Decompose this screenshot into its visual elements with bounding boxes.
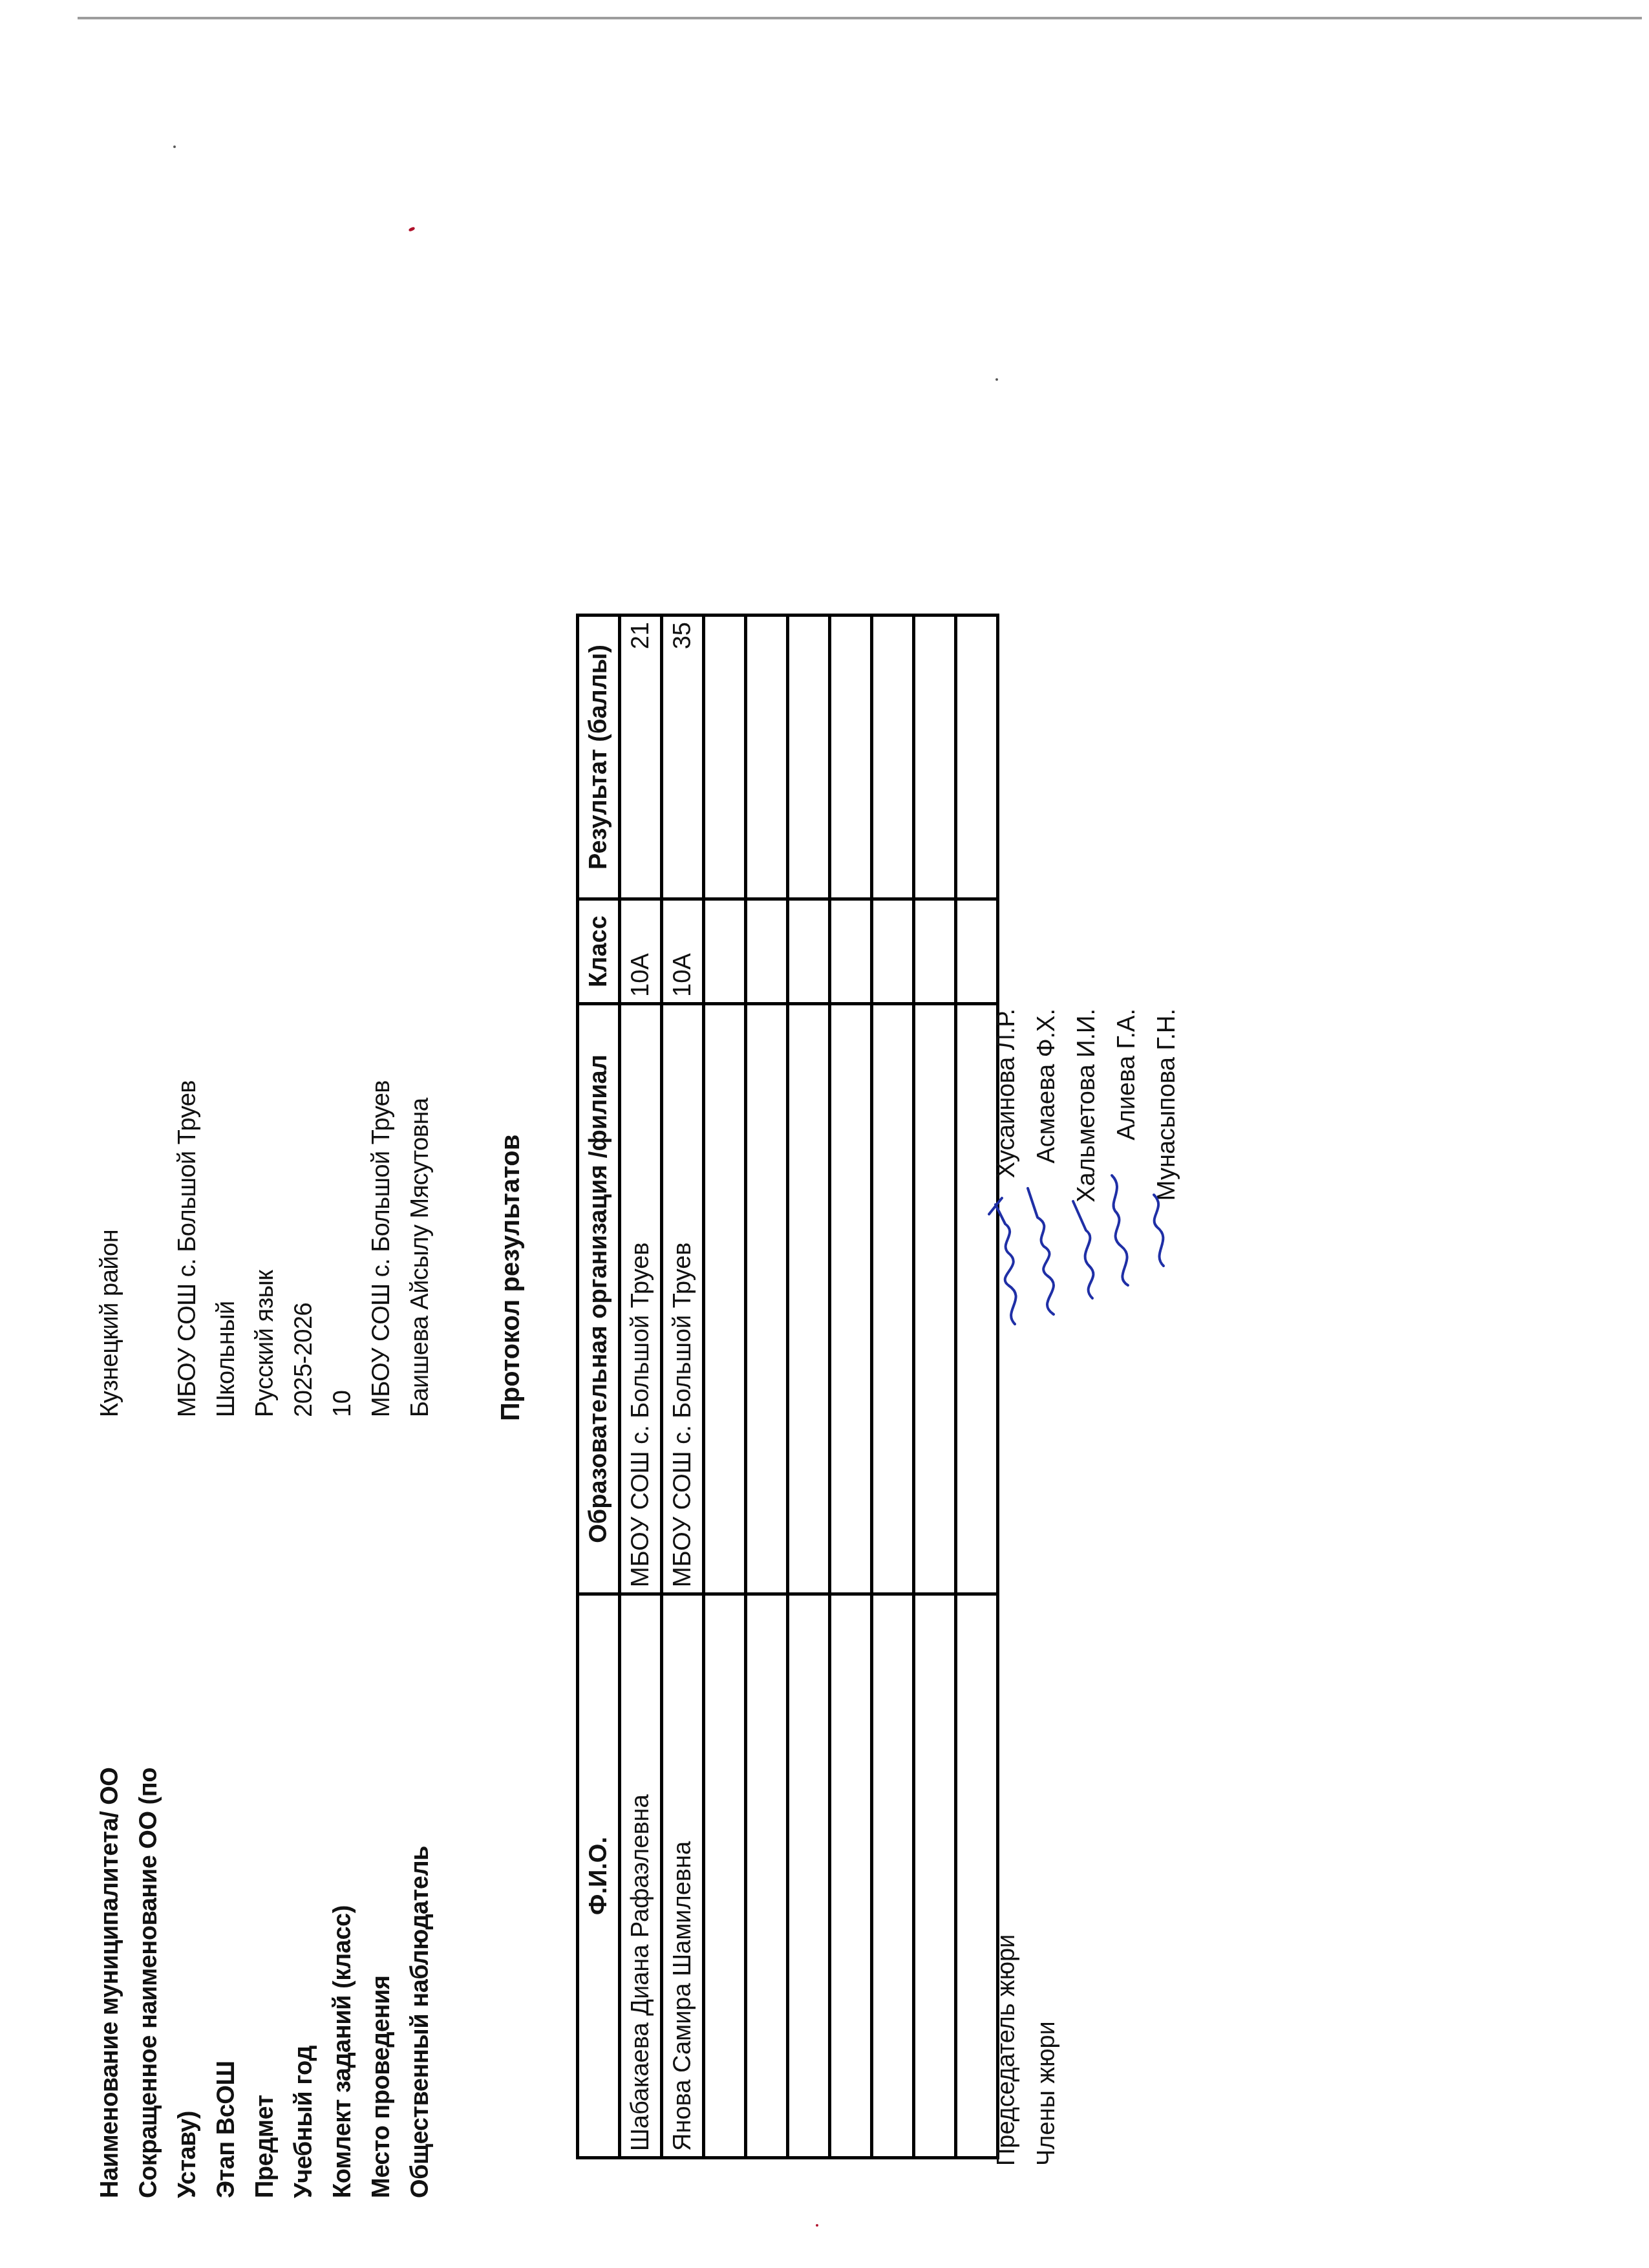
- header-field-value: Русский язык: [252, 1270, 278, 1418]
- cell-name: [746, 1594, 788, 2158]
- cell-score: [788, 615, 830, 899]
- table-header-row: Ф.И.О. Образовательная организация /фили…: [578, 615, 620, 2158]
- cell-org: [872, 1004, 914, 1594]
- cell-org: [830, 1004, 872, 1594]
- cell-class: [914, 899, 956, 1004]
- cell-name: Янова Самира Шамилевна: [662, 1594, 704, 2158]
- cell-org: [788, 1004, 830, 1594]
- cell-name: [830, 1594, 872, 2158]
- document-page: Наименование муниципалитета/ ООКузнецкий…: [0, 0, 1649, 2268]
- cell-name: Шабакаева Диана Рафаэлевна: [620, 1594, 662, 2158]
- table-row: Янова Самира ШамилевнаМБОУ СОШ с. Большо…: [662, 615, 704, 2158]
- header-field-value: 2025-2026: [291, 1303, 317, 1417]
- signature-scribbles: [963, 1143, 1196, 1337]
- cell-name: [704, 1594, 746, 2158]
- cell-org: [704, 1004, 746, 1594]
- header-field-label: Сокращенное наименование ОО (по: [136, 1768, 162, 2198]
- header-field-value: Баишева Айсылу Мясутовна: [407, 1098, 433, 1417]
- cell-org: МБОУ СОШ с. Большой Труев: [662, 1004, 704, 1594]
- column-header-score: Результат (баллы): [578, 615, 620, 899]
- cell-class: [746, 899, 788, 1004]
- header-field-value: Школьный: [213, 1301, 239, 1417]
- cell-score: [704, 615, 746, 899]
- members-label: Члены жюри: [1033, 2021, 1061, 2166]
- table-row: Шабакаева Диана РафаэлевнаМБОУ СОШ с. Бо…: [620, 615, 662, 2158]
- cell-class: 10А: [662, 899, 704, 1004]
- cell-name: [788, 1594, 830, 2158]
- header-field-label: Этап ВсОШ: [213, 2061, 239, 2198]
- table-row: [872, 615, 914, 2158]
- cell-score: 21: [620, 615, 662, 899]
- cell-score: [956, 615, 998, 899]
- header-field-value: 10: [330, 1391, 356, 1417]
- cell-score: [914, 615, 956, 899]
- header-field-label: Уставу): [175, 2111, 200, 2198]
- header-field-value: МБОУ СОШ с. Большой Труев: [368, 1080, 394, 1417]
- cell-score: [746, 615, 788, 899]
- column-header-name: Ф.И.О.: [578, 1594, 620, 2158]
- cell-score: [872, 615, 914, 899]
- header-field-label: Предмет: [252, 2095, 278, 2198]
- cell-class: [704, 899, 746, 1004]
- column-header-class: Класс: [578, 899, 620, 1004]
- header-field-label: Комлект заданий (класс): [330, 1905, 356, 2198]
- protocol-title: Протокол результатов: [496, 1135, 526, 1421]
- header-field-label: Место проведения: [368, 1976, 394, 2198]
- cell-org: МБОУ СОШ с. Большой Труев: [620, 1004, 662, 1594]
- table-row: [956, 615, 998, 2158]
- table-row: [830, 615, 872, 2158]
- results-table: Ф.И.О. Образовательная организация /фили…: [576, 614, 999, 2159]
- header-field-label: Наименование муниципалитета/ ОО: [97, 1768, 123, 2198]
- table-row: [788, 615, 830, 2158]
- table-row: [914, 615, 956, 2158]
- cell-org: [914, 1004, 956, 1594]
- cell-name: [956, 1594, 998, 2158]
- cell-org: [746, 1004, 788, 1594]
- cell-score: [830, 615, 872, 899]
- column-header-org: Образовательная организация /филиал: [578, 1004, 620, 1594]
- header-field-label: Общественный наблюдатель: [407, 1846, 433, 2198]
- cell-name: [914, 1594, 956, 2158]
- table-row: [746, 615, 788, 2158]
- cell-class: [956, 899, 998, 1004]
- cell-score: 35: [662, 615, 704, 899]
- cell-class: [788, 899, 830, 1004]
- cell-class: [830, 899, 872, 1004]
- header-field-label: Учебный год: [291, 2046, 317, 2198]
- cell-class: 10А: [620, 899, 662, 1004]
- cell-class: [872, 899, 914, 1004]
- table-row: [704, 615, 746, 2158]
- cell-name: [872, 1594, 914, 2158]
- chairman-label: Председатель жюри: [993, 1934, 1021, 2166]
- header-field-value: Кузнецкий район: [97, 1230, 123, 1417]
- header-field-value: МБОУ СОШ с. Большой Труев: [175, 1080, 200, 1417]
